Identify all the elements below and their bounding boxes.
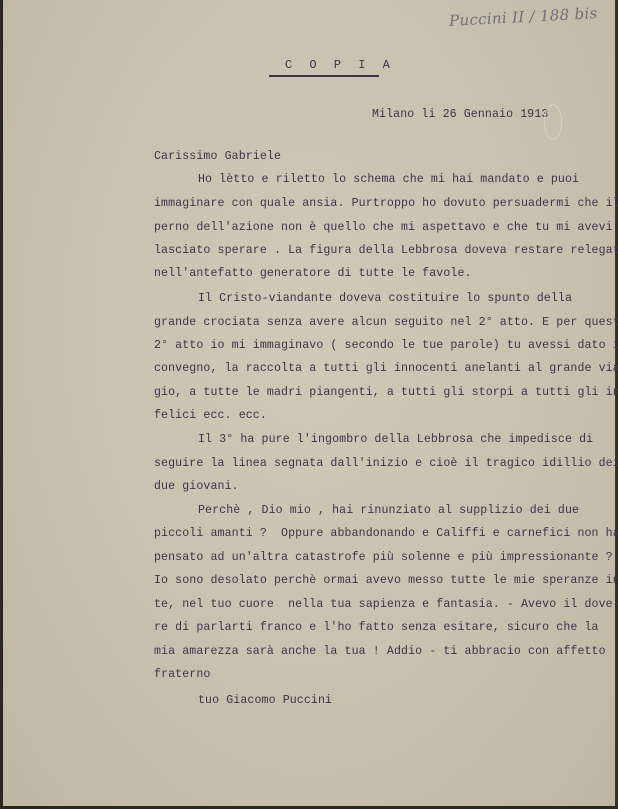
letter-line: perno dell'azione non è quello che mi as… [154,221,613,234]
letter-line: fraterno [154,668,210,681]
letter-page: Puccini II / 188 bis C O P I A Milano li… [3,0,617,806]
place-date: Milano li 26 Gennaio 1913 [372,108,548,121]
letter-line: due giovani. [154,480,239,493]
letter-line: lasciato sperare . La figura della Lebbr… [154,244,618,257]
letter-line: Ho lètto e riletto lo schema che mi hai … [198,173,579,186]
library-stamp-icon [544,104,562,140]
letter-line: seguire la linea segnata dall'inizio e c… [154,457,618,470]
archive-shelfmark-note: Puccini II / 188 bis [449,4,598,30]
letter-line: Perchè , Dio mio , hai rinunziato al sup… [198,504,579,517]
letter-line: mia amarezza sarà anche la tua ! Addio -… [154,645,606,658]
salutation: Carissimo Gabriele [154,150,281,163]
letter-line: grande crociata senza avere alcun seguit… [154,316,618,329]
letter-line: pensato ad un'altra catastrofe più solen… [154,551,613,564]
letter-line: te, nel tuo cuore nella tua sapienza e f… [154,598,618,611]
letter-line: Il Cristo-viandante doveva costituire lo… [198,292,572,305]
letter-line: piccoli amanti ? Oppure abbandonando e C… [154,527,618,540]
document-title: C O P I A [285,58,395,72]
letter-line: immaginare con quale ansia. Purtroppo ho… [154,197,618,210]
letter-line: nell'antefatto generatore di tutte le fa… [154,267,472,280]
letter-line: re di parlarti franco e l'ho fatto senza… [154,621,599,634]
letter-line: 2° atto io mi immaginavo ( secondo le tu… [154,339,618,352]
letter-line: Io sono desolato perchè ormai avevo mess… [154,574,618,587]
signature: tuo Giacomo Puccini [198,694,332,707]
letter-line: felici ecc. ecc. [154,409,267,422]
letter-line: convegno, la raccolta a tutti gli innoce… [154,362,618,375]
title-underline [269,75,379,77]
letter-line: gio, a tutte le madri piangenti, a tutti… [154,386,618,399]
letter-line: Il 3° ha pure l'ingombro della Lebbrosa … [198,433,593,446]
